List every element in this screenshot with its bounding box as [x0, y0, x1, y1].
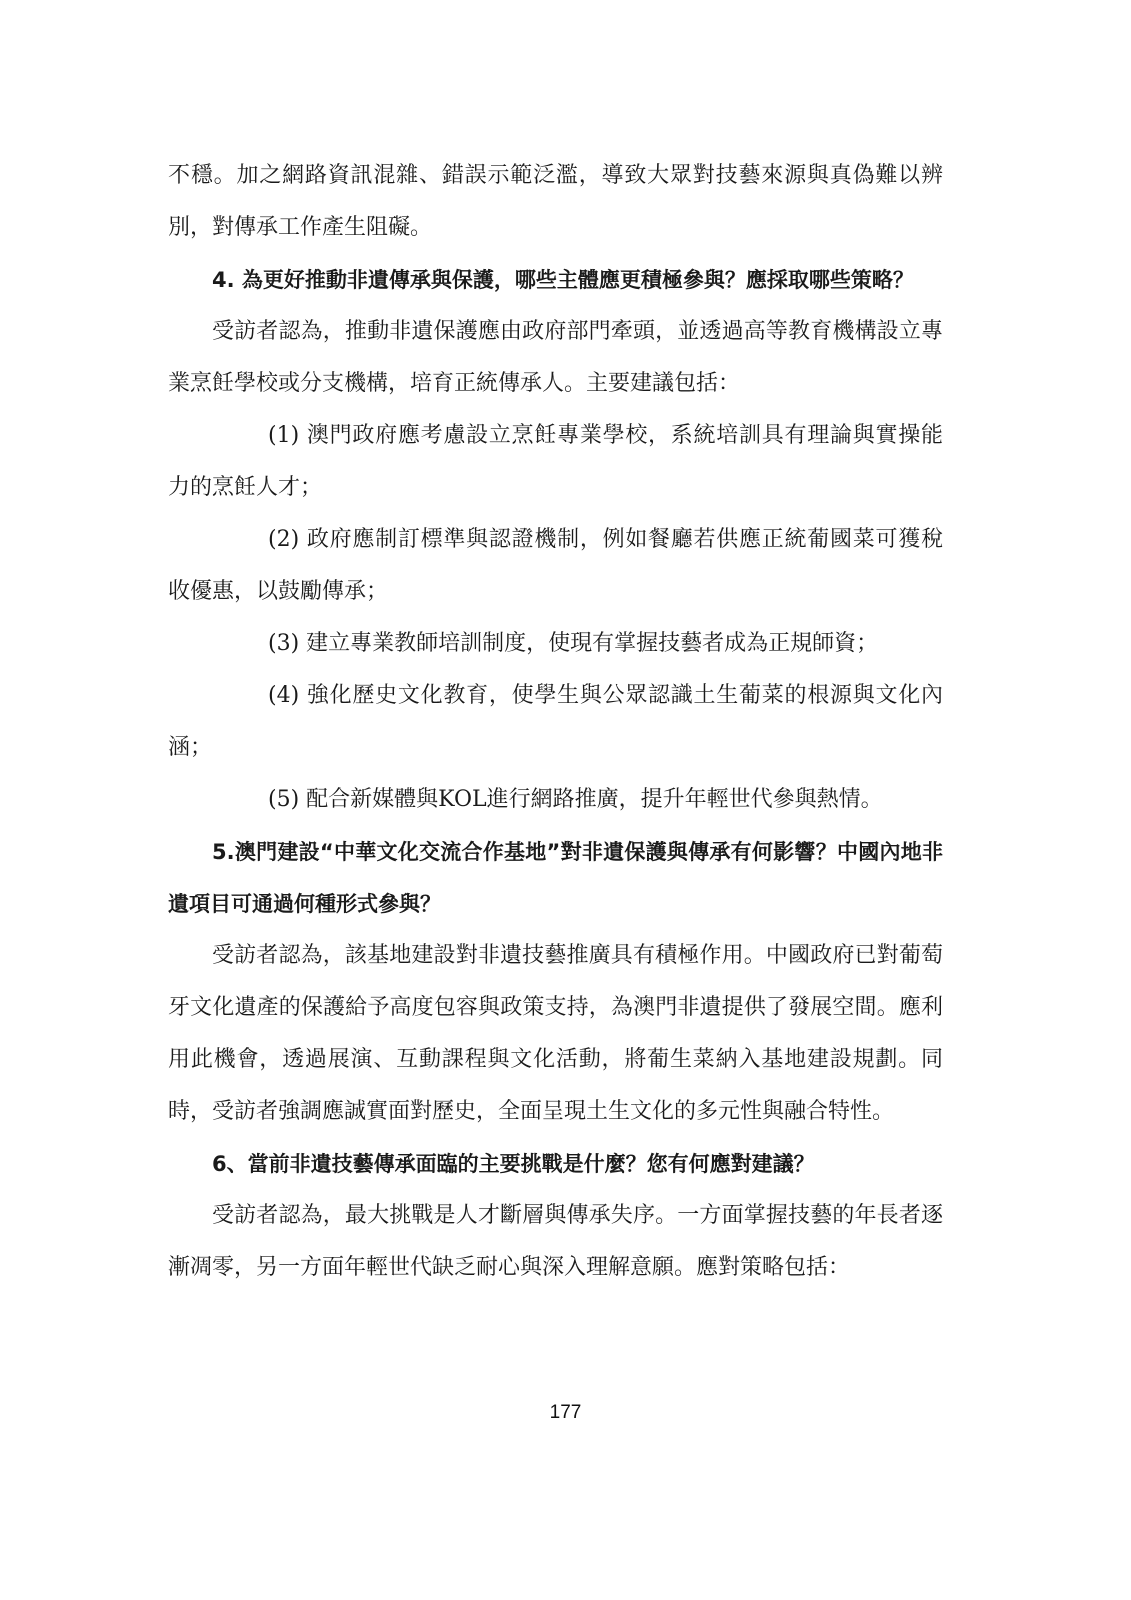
list-item-4: (4) 強化歷史文化教育，使學生與公眾認識土生葡菜的根源與文化內涵；: [168, 670, 943, 774]
page-number: 177: [0, 1402, 1131, 1424]
page-body: 不穩。加之網路資訊混雜、錯誤示範泛濫，導致大眾對技藝來源與真偽難以辨別，對傳承工…: [168, 150, 943, 1294]
list-item-1: (1) 澳門政府應考慮設立烹飪專業學校，系統培訓具有理論與實操能力的烹飪人才；: [168, 410, 943, 514]
paragraph-continued: 不穩。加之網路資訊混雜、錯誤示範泛濫，導致大眾對技藝來源與真偽難以辨別，對傳承工…: [168, 150, 943, 254]
answer-paragraph-6: 受訪者認為，最大挑戰是人才斷層與傳承失序。一方面掌握技藝的年長者逐漸凋零，另一方…: [168, 1190, 943, 1294]
answer-paragraph-4: 受訪者認為，推動非遺保護應由政府部門牽頭，並透過高等教育機構設立專業烹飪學校或分…: [168, 306, 943, 410]
question-heading-5: 5.澳門建設“中華文化交流合作基地”對非遺保護與傳承有何影響？中國內地非遺項目可…: [168, 826, 943, 930]
list-item-5: (5) 配合新媒體與KOL進行網路推廣，提升年輕世代參與熱情。: [168, 774, 943, 826]
answer-paragraph-5: 受訪者認為，該基地建設對非遺技藝推廣具有積極作用。中國政府已對葡萄牙文化遺產的保…: [168, 930, 943, 1138]
list-item-3: (3) 建立專業教師培訓制度，使現有掌握技藝者成為正規師資；: [168, 618, 943, 670]
question-heading-6: 6、當前非遺技藝傳承面臨的主要挑戰是什麼？您有何應對建議？: [168, 1138, 943, 1190]
question-heading-4: 4. 為更好推動非遺傳承與保護，哪些主體應更積極參與？應採取哪些策略？: [168, 254, 943, 306]
list-item-2: (2) 政府應制訂標準與認證機制，例如餐廳若供應正統葡國菜可獲稅收優惠，以鼓勵傳…: [168, 514, 943, 618]
document-page: 不穩。加之網路資訊混雜、錯誤示範泛濫，導致大眾對技藝來源與真偽難以辨別，對傳承工…: [0, 0, 1131, 1600]
